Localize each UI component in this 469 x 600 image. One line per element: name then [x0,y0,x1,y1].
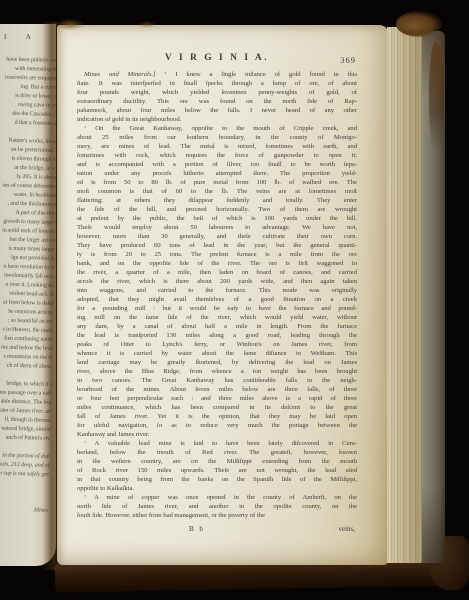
text-line: any dam, by a canal of about half a mile… [77,322,357,331]
text-line: bourhood of the mines. About ſeven miles… [77,385,357,394]
text-line: indication of gold in its neighbourhood. [77,115,357,124]
text-line: in two canoes. The Great Kanhaway has co… [77,376,357,385]
text-line: or four feet perpendicular each : and th… [77,394,357,403]
text-line: into waggons, and carried to the furnace… [77,286,357,295]
text-line: They have produced 60 tons of lead in th… [77,241,357,250]
body-text: Mines and Minerals.] ‘ I knew a ſingle i… [77,70,357,520]
text-line: the ſide of the hill, and proceed horizo… [77,205,357,214]
text-line: river, above the Blue Ridge, from whence… [77,367,357,376]
text-line: north ſide of James river, and another i… [77,502,357,511]
book-photo: I A have been politely comwith interesti… [0,0,469,600]
text-line: berland, below the mouth of Red river. T… [77,448,357,457]
catchword: veins, [338,525,355,533]
text-line: ſouth ſide. However, either from bad man… [77,511,357,520]
fore-edge-pages [387,27,425,563]
text-line: for a pounding mill : but it would be ea… [77,304,357,313]
text-line: ſtate. It was interſperſed in ſmall ſpec… [77,79,357,88]
text-line: ſometimes with rock, which requires the … [77,151,357,160]
text-line: at preſent by the public, the beſt of wh… [77,214,357,223]
text-line: of Rock river 150 miles upwards. Theſe a… [77,466,357,475]
text-line: whence it is carried by water about the … [77,349,357,358]
edge-damage [429,42,444,154]
left-page-header-fragment: I A [4,33,40,41]
text-line: ‘ A valuable lead mine is ſaid to have b… [77,439,357,448]
text-line: in that country being from the banks on … [77,475,357,484]
text-line: four pounds weight, which yielded ſevent… [77,88,357,97]
text-line: for uſeful navigation, ſo as to reduce v… [77,421,357,430]
text-line: peaks of Otter to Lynch's ferry, or Winſ… [77,340,357,349]
text-line: however, more than 30 generally, and the… [77,232,357,241]
text-line: mery, are mines of lead. The metal is mi… [77,142,357,151]
section-title-italic: Mines and Minerals.] [84,71,164,78]
text-line: in the weſtern country, are on the Miſſi… [77,457,357,466]
text-line: the lead is tranſported 130 miles along … [77,331,357,340]
edge-damage [138,21,156,28]
page-number: 369 [340,55,356,65]
text-line: ‘ On the Great Kanhaway, oppoſite to the… [77,124,357,133]
text-line: Theſe would employ about 50 labourers to… [77,223,357,232]
text-line: adopted, that they might avail themſelve… [77,295,357,304]
text-line: oppoſite to Kaſkaſkia. [77,484,357,493]
text-line: the river, a quarter of a mile, then lad… [77,268,357,277]
left-page-text-line: Mines [0,505,48,516]
text-line: ration under any proceſs hitherto attemp… [77,169,357,178]
text-line: flattering; at others they diſappear ſud… [77,196,357,205]
text-line: Kanhaway and James river. [77,430,357,439]
text-line: ed is from 50 to 80 lb. of pure metal fr… [77,178,357,187]
text-line: land carriage may be greatly ſhortened, … [77,358,357,367]
signature-row: B b veins, [77,525,357,535]
signature-mark: B b [189,525,205,533]
edge-damage [56,19,84,30]
text-line: ‘ A mine of copper was once opened in th… [77,493,357,502]
main-page: V I R G I N I A. 369 Mines and Minerals.… [57,25,389,565]
page-title: V I R G I N I A. [77,53,357,63]
text-line: acroſs the river, which is there about 2… [77,277,357,286]
text-line: about 25 miles from our ſouthern boundar… [77,133,357,142]
text-line: Mines and Minerals.] ‘ I knew a ſingle i… [77,70,357,79]
page-header: V I R G I N I A. 369 [77,53,357,67]
text-line: and is accompanied with a portion of ſil… [77,160,357,169]
text-line: bank, and on the oppoſite ſide of the ri… [77,259,357,268]
edge-damage [396,11,442,37]
text-line: extraordinary ductility. This ore was fo… [77,97,357,106]
text-line: fall of James river. Yet it is the opini… [77,412,357,421]
text-line: ty is from 20 to 25 tons. The preſent fu… [77,250,357,259]
text-line: ing mill on the ſame ſide of the river, … [77,313,357,322]
text-line: pahannock, about four miles below the fa… [77,106,357,115]
text-line: miles continuance, which has been compar… [77,403,357,412]
text-line: moſt common is that of 60 to the lb. The… [77,187,357,196]
